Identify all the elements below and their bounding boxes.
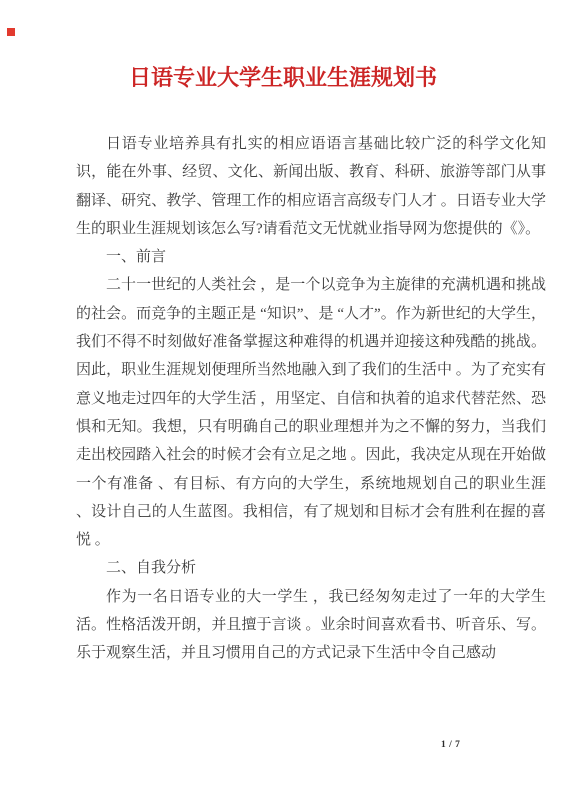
paragraph-foreword-body: 二十一世纪的人类社会 ，是一个以竞争为主旋律的充满机遇和挑战的社会。而竞争的主题… xyxy=(76,271,546,554)
paragraph-intro: 日语专业培养具有扎实的相应语语言基础比较广泛的科学文化知识，能在外事、经贸、文化… xyxy=(76,130,546,243)
section-heading-foreword: 一、前言 xyxy=(76,243,546,271)
document-page: 日语专业大学生职业生涯规划书 日语专业培养具有扎实的相应语语言基础比较广泛的科学… xyxy=(0,0,566,800)
section-heading-self-analysis: 二、自我分析 xyxy=(76,554,546,582)
red-corner-mark xyxy=(7,28,15,36)
document-body: 日语专业培养具有扎实的相应语语言基础比较广泛的科学文化知识，能在外事、经贸、文化… xyxy=(76,130,546,668)
paragraph-self-analysis-body: 作为一名日语专业的大一学生 ，我已经匆匆走过了一年的大学生活。性格活泼开朗，并且… xyxy=(76,583,546,668)
page-number: 1 / 7 xyxy=(441,740,460,750)
document-title: 日语专业大学生职业生涯规划书 xyxy=(0,62,566,94)
